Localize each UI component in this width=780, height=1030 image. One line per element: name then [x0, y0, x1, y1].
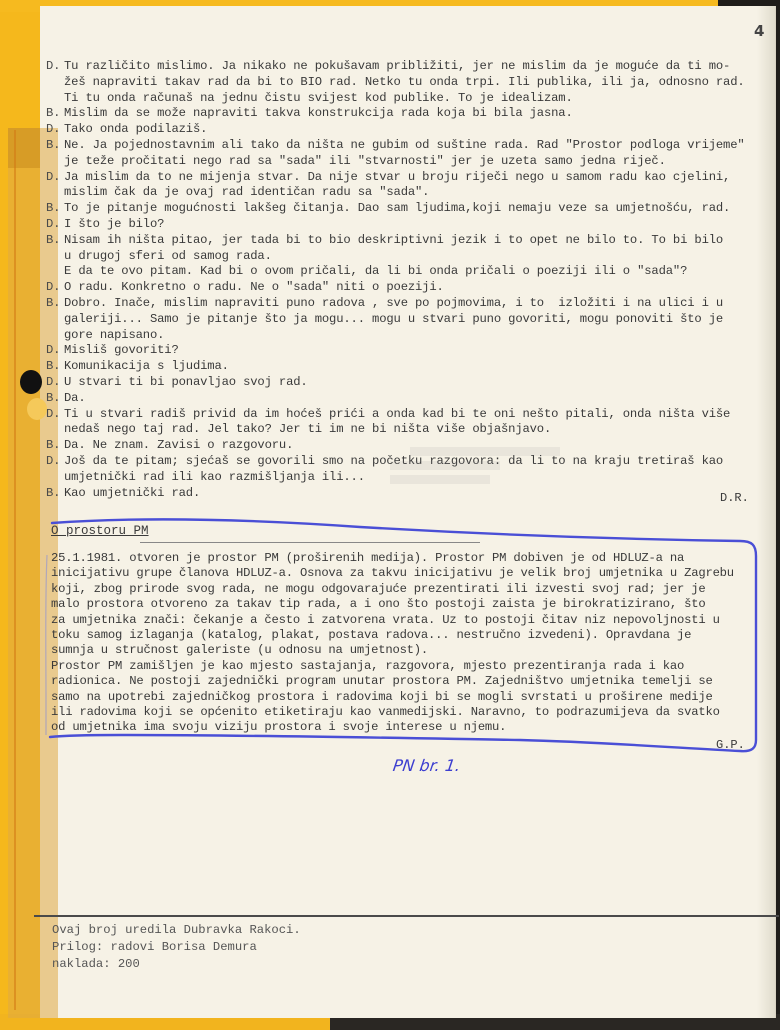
colophon: Ovaj broj uredila Dubravka Rakoci.Prilog…: [52, 922, 301, 973]
footer-divider: [34, 915, 779, 917]
colophon-line: Prilog: radovi Borisa Demura: [52, 939, 301, 956]
colophon-line: Ovaj broj uredila Dubravka Rakoci.: [52, 922, 301, 939]
colophon-line: naklada: 200: [52, 956, 301, 973]
blue-pen-box-annotation: [0, 0, 780, 1030]
handwritten-note: PN br. 1.: [392, 756, 462, 775]
